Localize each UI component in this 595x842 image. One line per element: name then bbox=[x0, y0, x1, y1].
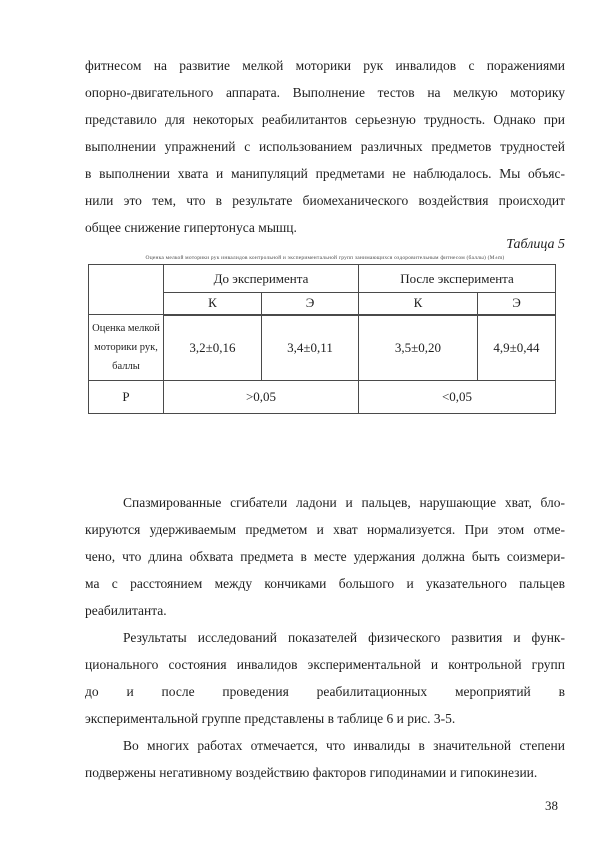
header-after-experiment: После эксперимента bbox=[359, 265, 556, 293]
paragraph-3: Результаты исследований показателей физи… bbox=[85, 624, 565, 732]
paragraph-4: Во многих работах отмечается, что инвали… bbox=[85, 732, 565, 786]
header-before-experiment: До эксперимента bbox=[164, 265, 359, 293]
subheader-control-before: К bbox=[164, 293, 262, 315]
p-row-label: Р bbox=[89, 381, 164, 414]
subheader-control-after: К bbox=[359, 293, 478, 315]
table-caption: Оценка мелкой моторики рук инвалидов кон… bbox=[85, 254, 565, 263]
page-number: 38 bbox=[493, 797, 558, 815]
paragraph-1: фитнесом на развитие мелкой моторики рук… bbox=[85, 52, 565, 241]
row-label-fine-motor: Оценка мелкой моторики рук, баллы bbox=[89, 315, 164, 381]
text-line: представило для некоторых реабилитантов … bbox=[85, 106, 565, 133]
text-line: ционального состояния инвалидов эксперим… bbox=[85, 651, 565, 678]
text-line: до и после проведения реабилитационных м… bbox=[85, 678, 565, 705]
results-table: До эксперимента После эксперимента К Э К… bbox=[88, 264, 556, 414]
paragraph-2: Спазмированные сгибатели ладони и пальце… bbox=[85, 489, 565, 624]
text-line: подвержены негативному воздействию факто… bbox=[85, 759, 565, 786]
text-line: фитнесом на развитие мелкой моторики рук… bbox=[85, 52, 565, 79]
text-line: реабилитанта. bbox=[85, 597, 565, 624]
document-page: фитнесом на развитие мелкой моторики рук… bbox=[0, 0, 595, 842]
value-after-control: 3,5±0,20 bbox=[359, 315, 478, 381]
text-line: чено, что длина обхвата предмета в месте… bbox=[85, 543, 565, 570]
text-line: Результаты исследований показателей физи… bbox=[85, 624, 565, 651]
table-p-row: Р >0,05 <0,05 bbox=[89, 381, 556, 414]
table-group-header-row: До эксперимента После эксперимента bbox=[89, 265, 556, 293]
text-line: ма с расстоянием между кончиками большог… bbox=[85, 570, 565, 597]
subheader-experimental-before: Э bbox=[262, 293, 359, 315]
text-line: опорно-двигательного аппарата. Выполнени… bbox=[85, 79, 565, 106]
table-label: Таблица 5 bbox=[85, 236, 565, 254]
text-line: нили это тем, что в результате биомехани… bbox=[85, 187, 565, 214]
value-before-experimental: 3,4±0,11 bbox=[262, 315, 359, 381]
value-before-control: 3,2±0,16 bbox=[164, 315, 262, 381]
value-after-experimental: 4,9±0,44 bbox=[478, 315, 556, 381]
text-line: выполнении упражнений с использованием р… bbox=[85, 133, 565, 160]
text-line: экспериментальной группе представлены в … bbox=[85, 705, 565, 732]
table-data-row: Оценка мелкой моторики рук, баллы 3,2±0,… bbox=[89, 315, 556, 381]
text-line: Спазмированные сгибатели ладони и пальце… bbox=[85, 489, 565, 516]
text-line: в выполнении хвата и манипуляций предмет… bbox=[85, 160, 565, 187]
text-line: Во многих работах отмечается, что инвали… bbox=[85, 732, 565, 759]
subheader-experimental-after: Э bbox=[478, 293, 556, 315]
p-value-after: <0,05 bbox=[359, 381, 556, 414]
p-value-before: >0,05 bbox=[164, 381, 359, 414]
empty-corner-cell bbox=[89, 265, 164, 315]
text-line: кируются удерживаемым предметом и хват н… bbox=[85, 516, 565, 543]
